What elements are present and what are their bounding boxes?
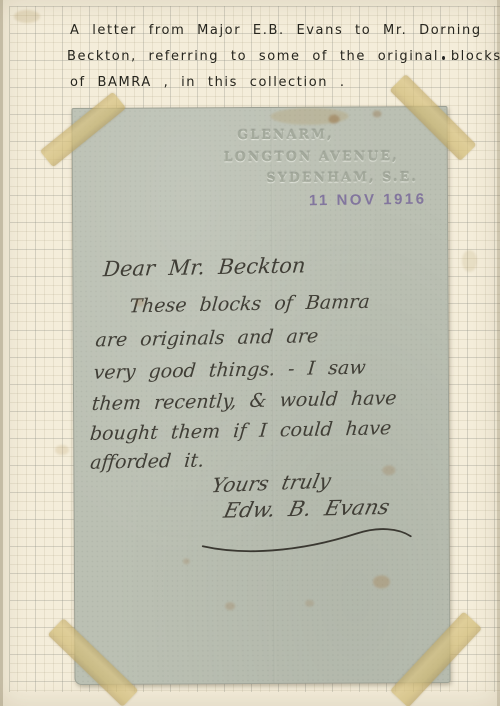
- mounted-letter-sheet: GLENARM, LONGTON AVENUE, SYDENHAM, S.E. …: [71, 106, 450, 685]
- letter-stain: [373, 575, 390, 588]
- letterhead-house-name: GLENARM,: [237, 127, 333, 143]
- annotation-line-2: Beckton, referring to some of the origin…: [67, 49, 500, 64]
- letter-stain: [373, 110, 382, 117]
- page-edge-left: [0, 0, 3, 706]
- mat-bottom-margin: [0, 692, 500, 706]
- letter-stain: [382, 465, 395, 475]
- letter-line: them recently, & would have: [91, 387, 398, 415]
- date-stamp: 11 NOV 1916: [309, 191, 427, 210]
- letterhead-district: SYDENHAM, S.E.: [266, 169, 417, 185]
- annotation-line-3: of BAMRA , in this collection .: [70, 75, 346, 90]
- letter-line: very good things. - I saw: [93, 357, 367, 384]
- annotation-line-1: A letter from Major E.B. Evans to Mr. Do…: [70, 23, 482, 38]
- mat-stain: [55, 445, 69, 455]
- letter-line: are originals and are: [95, 325, 320, 351]
- scanned-album-page: { "annotation": { "line1": "A letter fro…: [0, 0, 500, 706]
- letter-stain: [305, 600, 314, 607]
- signature-flourish: [197, 519, 417, 556]
- letter-line: bought them if I could have: [89, 417, 392, 445]
- letter-stain: [183, 558, 190, 564]
- letter-stain: [225, 602, 235, 610]
- letter-line: afforded it.: [89, 450, 205, 474]
- letter-closing: Yours truly: [209, 469, 333, 498]
- mat-top-margin: [0, 0, 500, 6]
- letter-stain: [135, 299, 144, 307]
- mat-stain: [14, 10, 40, 23]
- mat-stain: [462, 250, 477, 272]
- letter-line: These blocks of Bamra: [128, 291, 370, 318]
- letter-stain: [329, 115, 340, 124]
- letter-salutation: Dear Mr. Beckton: [102, 253, 306, 281]
- letterhead-street: LONGTON AVENUE,: [224, 148, 399, 164]
